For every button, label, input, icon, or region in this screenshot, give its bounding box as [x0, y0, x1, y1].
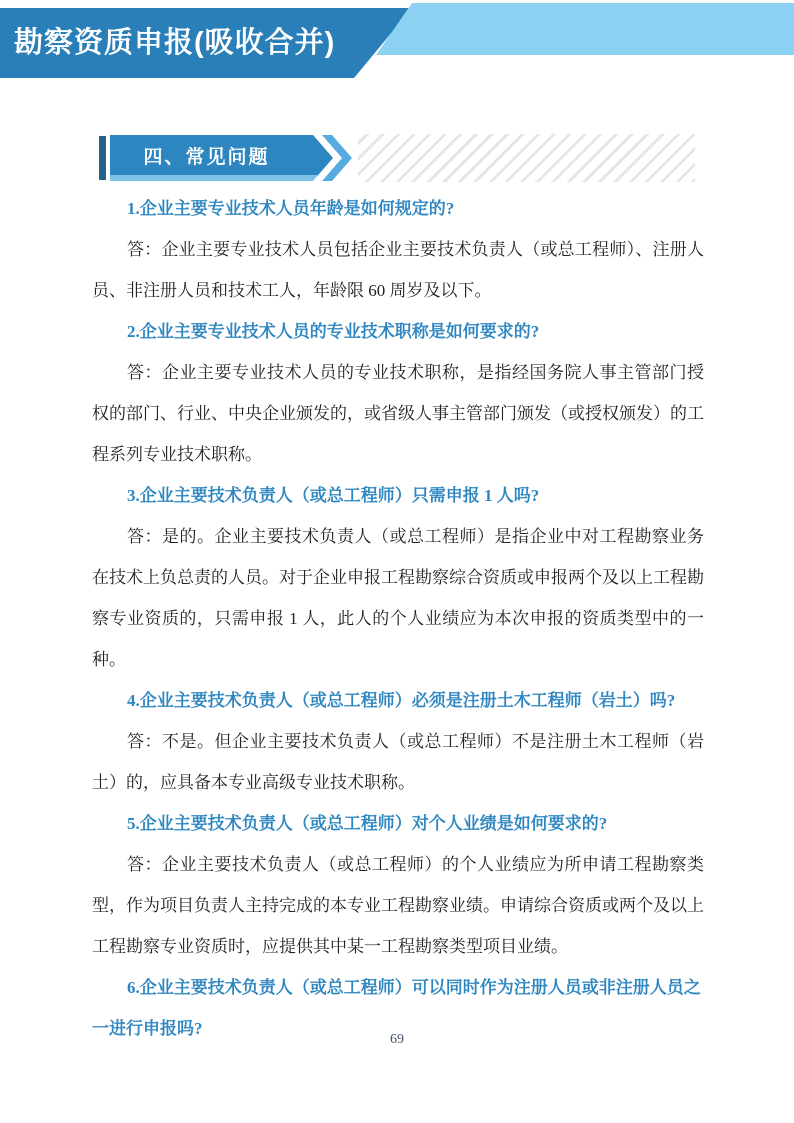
question-text: 5.企业主要技术负责人（或总工程师）对个人业绩是如何要求的?: [92, 803, 704, 844]
qa-list: 1.企业主要专业技术人员年龄是如何规定的? 答：企业主要专业技术人员包括企业主要…: [92, 188, 704, 1049]
answer-text: 答：企业主要技术负责人（或总工程师）的个人业绩应为所申请工程勘察类型，作为项目负…: [92, 844, 704, 967]
page-title: 勘察资质申报(吸收合并): [14, 8, 335, 78]
question-text: 2.企业主要专业技术人员的专业技术职称是如何要求的?: [92, 311, 704, 352]
section-accent-bar: [99, 136, 106, 180]
diagonal-stripes-decoration: [358, 134, 695, 182]
document-page: 勘察资质申报(吸收合并) 四、常见问题 1.企业主要专业技术人员年龄是如何规定的…: [0, 0, 794, 1123]
banner-dark-shape: 勘察资质申报(吸收合并): [0, 8, 412, 78]
banner-accent-band: [376, 3, 794, 55]
section-header: 四、常见问题: [0, 134, 794, 182]
section-title: 四、常见问题: [143, 147, 269, 168]
answer-text: 答：不是。但企业主要技术负责人（或总工程师）不是注册土木工程师（岩土）的，应具备…: [92, 721, 704, 803]
question-text: 3.企业主要技术负责人（或总工程师）只需申报 1 人吗?: [92, 475, 704, 516]
answer-text: 答：企业主要专业技术人员包括企业主要技术负责人（或总工程师）、注册人员、非注册人…: [92, 229, 704, 311]
page-number: 69: [0, 1032, 794, 1048]
answer-text: 答：企业主要专业技术人员的专业技术职称，是指经国务院人事主管部门授权的部门、行业…: [92, 352, 704, 475]
question-text: 1.企业主要专业技术人员年龄是如何规定的?: [92, 188, 704, 229]
section-title-box: 四、常见问题: [110, 135, 333, 181]
question-text: 4.企业主要技术负责人（或总工程师）必须是注册土木工程师（岩土）吗?: [92, 680, 704, 721]
answer-text: 答：是的。企业主要技术负责人（或总工程师）是指企业中对工程勘察业务在技术上负总责…: [92, 516, 704, 680]
